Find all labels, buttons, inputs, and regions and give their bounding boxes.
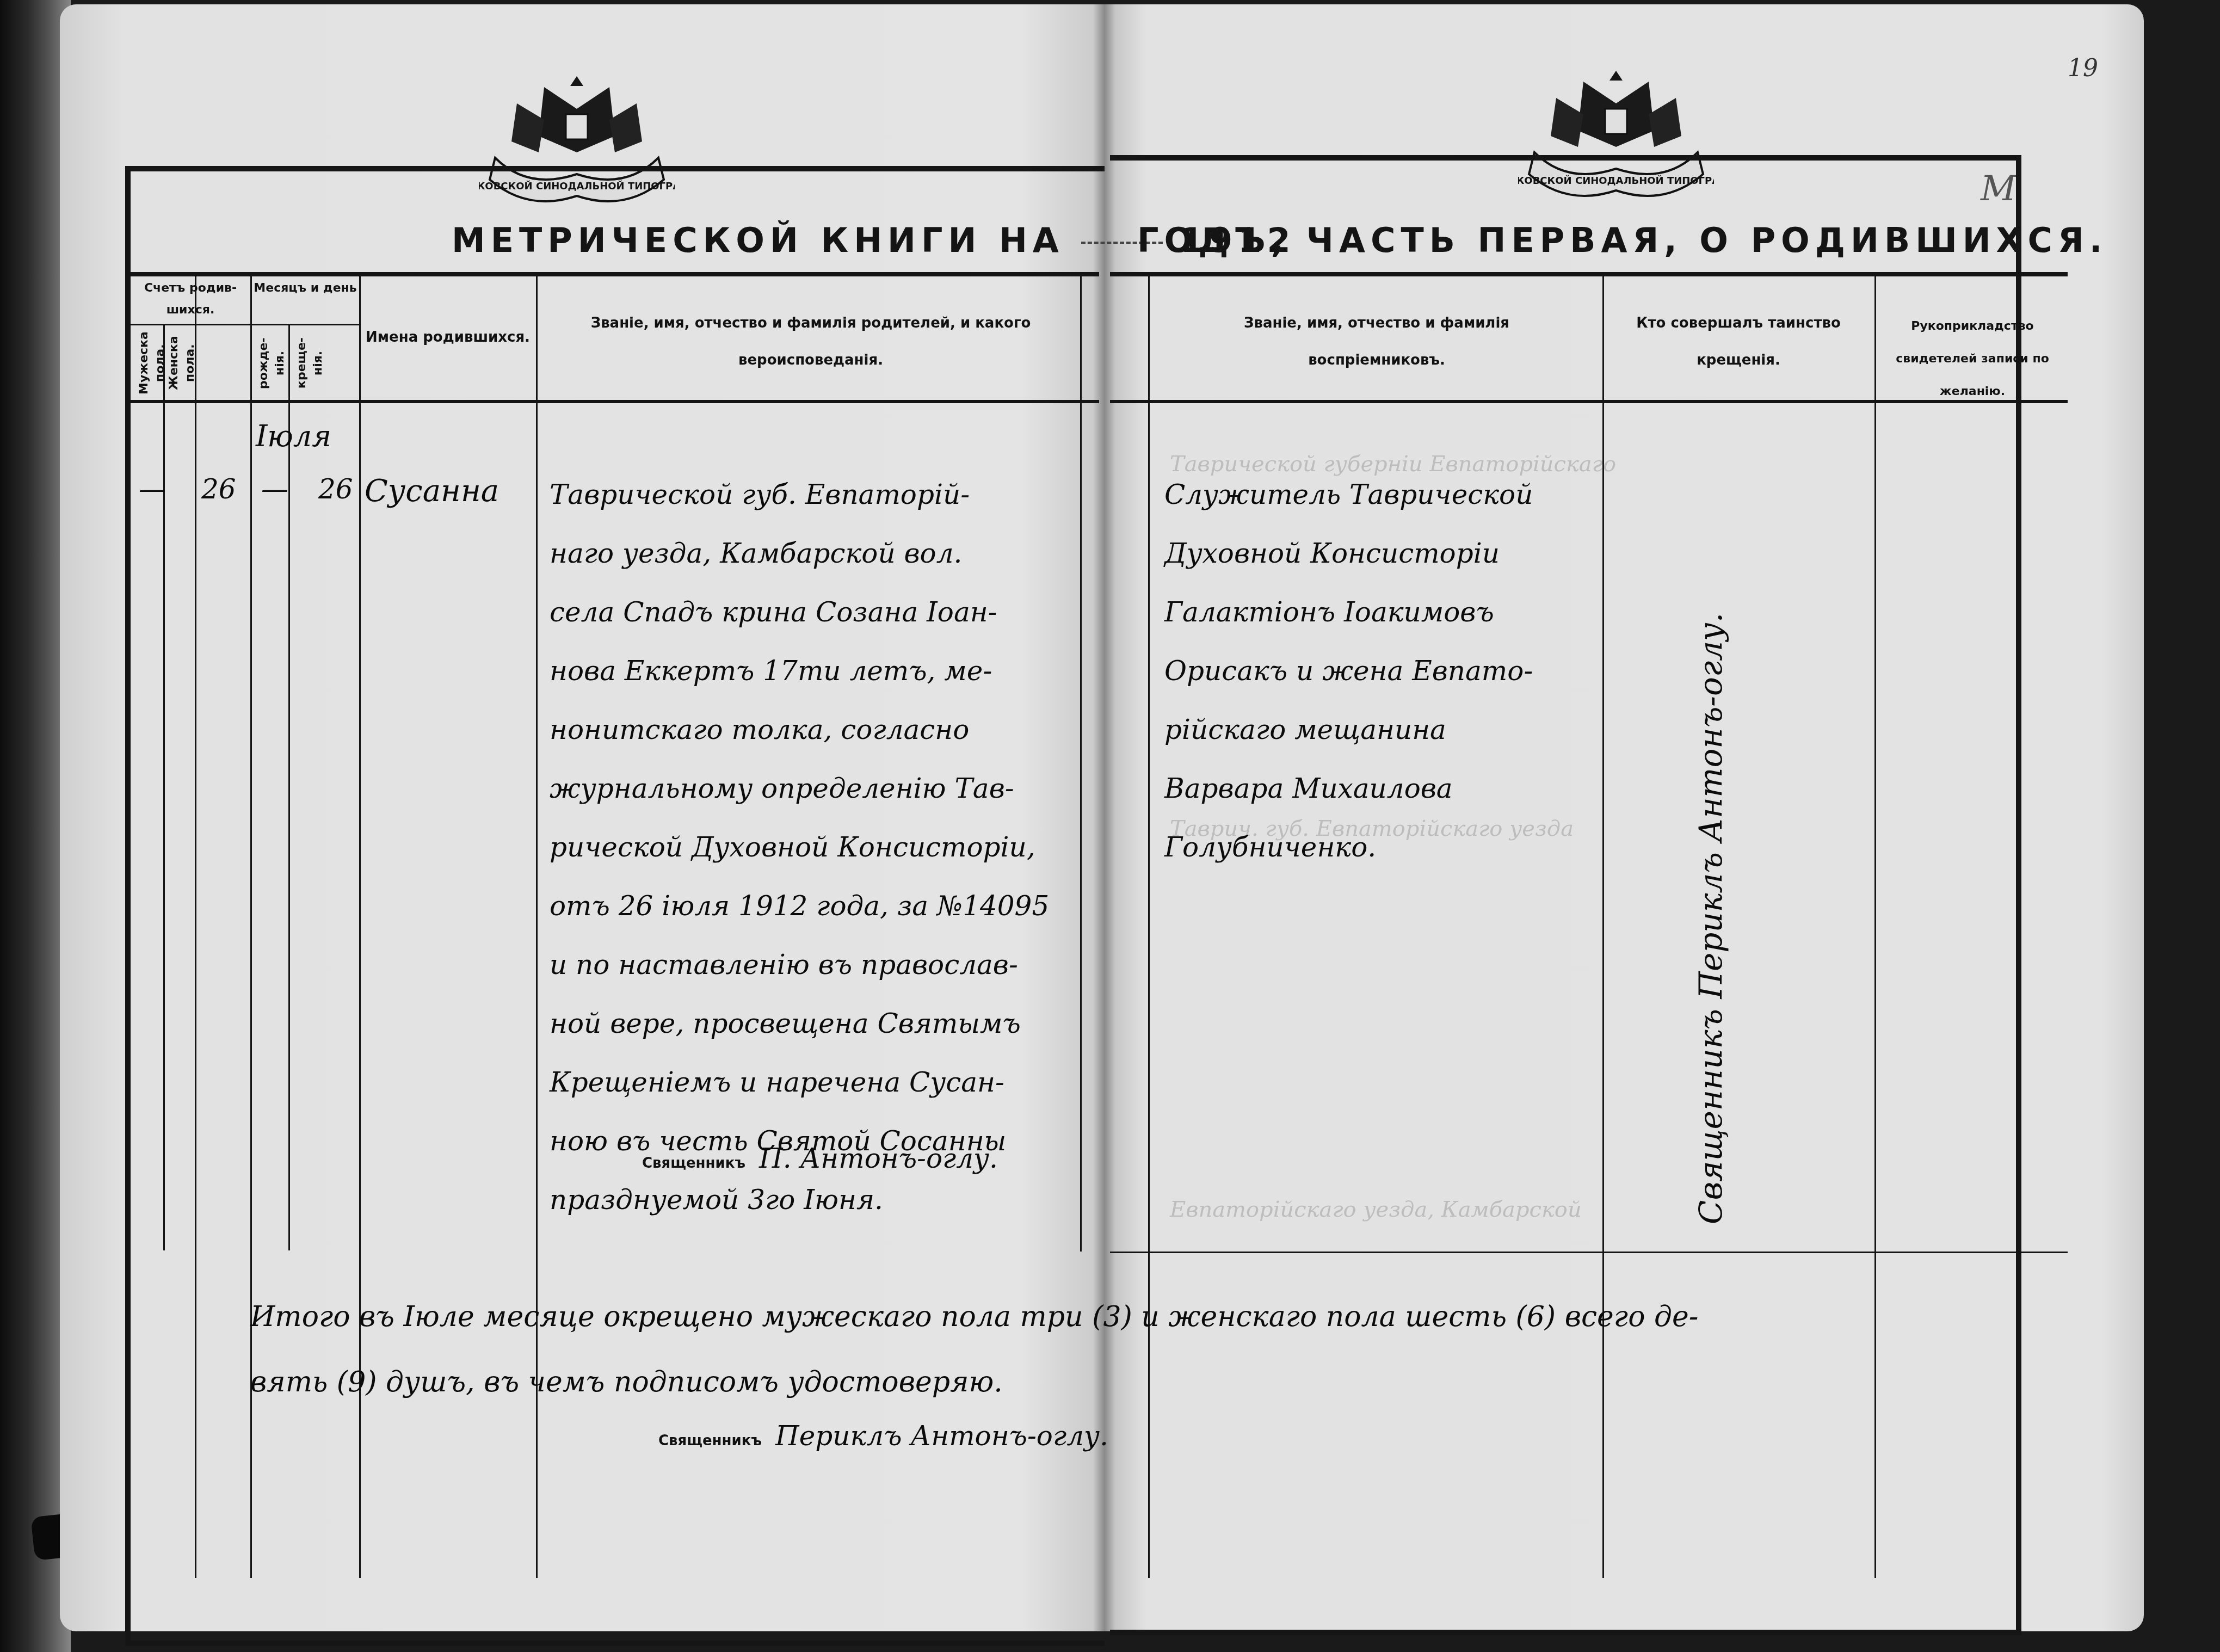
signature-label: Священникъ	[642, 1155, 745, 1172]
header-godparents: Званіе, имя, отчество и фамилія воспріем…	[1175, 305, 1578, 379]
signature-label: Священникъ	[658, 1433, 762, 1449]
godparents-line: рійскаго мещанина	[1164, 700, 1533, 759]
column-divider	[1148, 272, 1150, 1578]
parents-line: журнальному определенію Тав-	[550, 759, 1049, 818]
godparents-line: Варвара Михаилова	[1164, 759, 1533, 818]
header-bottom-rule-left	[131, 400, 1099, 403]
summary-line-1: Итого въ Іюле месяце окрещено мужескаго …	[250, 1300, 1698, 1333]
header-birth: рожде-нія.	[256, 329, 286, 397]
entry-birth-day: —	[261, 473, 288, 505]
summary-line-2: вять (9) душъ, въ чемъ подписомъ удостов…	[250, 1366, 1003, 1398]
title-left-text: МЕТРИЧЕСКОЙ КНИГИ НА	[452, 220, 1064, 260]
page-number: 19	[2068, 54, 2098, 82]
parents-line: нова Еккертъ 17ти летъ, ме-	[550, 642, 1049, 700]
entry-female-count: 26	[201, 473, 236, 505]
parents-signature: Священникъ П. Антонъ-оглу.	[642, 1143, 998, 1174]
header-male: Мужеска пола.	[136, 329, 161, 397]
title-right: ГОДЪ, ЧАСТЬ ПЕРВАЯ, О РОДИВШИХСЯ.	[1137, 220, 2107, 260]
parents-line: и по наставленію въ православ-	[550, 935, 1049, 994]
column-divider	[1602, 272, 1604, 1578]
parents-line: ной вере, просвещена Святымъ	[550, 994, 1049, 1053]
header-female: Женска пола.	[166, 329, 193, 397]
entry-baptism-day: 26	[318, 473, 353, 505]
header-officiant: Кто совершалъ таинство крещенія.	[1611, 305, 1866, 379]
header-date-group: Месяцъ и день	[251, 278, 359, 299]
entry-officiant: Священникъ Периклъ Антонъ-оглу.	[1692, 544, 1729, 1224]
header-names: Имена родившихся.	[361, 321, 534, 354]
parents-line: села Спадъ крина Созана Іоан-	[550, 583, 1049, 642]
godparents-line: Служитель Таврической	[1164, 465, 1533, 524]
column-divider	[195, 272, 196, 1578]
parents-line: Таврической губ. Евпаторій-	[550, 465, 1049, 524]
entry-godparents: Служитель Таврической Духовной Консистор…	[1164, 465, 1533, 877]
parents-line: празднуемой 3го Іюня.	[550, 1170, 1049, 1229]
parents-line: отъ 26 іюля 1912 года, за №14095	[550, 877, 1049, 935]
column-divider	[1874, 272, 1876, 1578]
column-divider	[288, 325, 290, 1250]
column-divider	[163, 325, 165, 1250]
signature-name: П. Антонъ-оглу.	[759, 1143, 998, 1174]
header-count-group: Счетъ родив-шихся.	[131, 278, 250, 321]
header-witnesses: Рукоприкладство свидетелей записи по жел…	[1880, 310, 2065, 408]
parents-line: наго уезда, Камбарской вол.	[550, 524, 1049, 583]
table-top-rule-left	[131, 272, 1099, 276]
godparents-line: Духовной Консисторіи	[1164, 524, 1533, 583]
godparents-line: Галактіонъ Іоакимовъ	[1164, 583, 1533, 642]
godparents-line: Голубниченко.	[1164, 818, 1533, 877]
entry-male-count: —	[139, 473, 166, 505]
table-top-rule-right	[1110, 272, 2068, 276]
entry-month: Іюля	[256, 419, 331, 453]
column-divider	[1080, 272, 1082, 1252]
parents-line: Крещеніемъ и наречена Сусан-	[550, 1053, 1049, 1112]
summary-signature: Священникъ Периклъ Антонъ-оглу.	[658, 1420, 1108, 1452]
header-parents: Званіе, имя, отчество и фамилія родителе…	[550, 305, 1072, 379]
parents-line: нонитскаго толка, согласно	[550, 700, 1049, 759]
subheader-rule	[131, 324, 359, 325]
header-baptism: креще-нія.	[294, 329, 356, 397]
godparents-line: Орисакъ и жена Евпато-	[1164, 642, 1533, 700]
entry-child-name: Сусанна	[365, 473, 499, 509]
signature-name: Периклъ Антонъ-оглу.	[775, 1420, 1108, 1452]
entry-parents: Таврической губ. Евпаторій- наго уезда, …	[550, 465, 1049, 1229]
summary-rule-right	[1110, 1252, 2068, 1253]
parents-line: рической Духовной Консисторіи,	[550, 818, 1049, 877]
